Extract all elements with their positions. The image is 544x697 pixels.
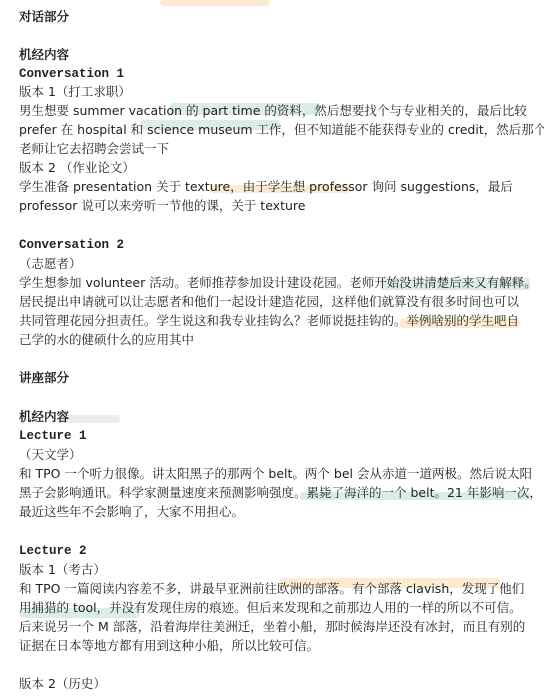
conversation-1-version-1-line: prefer 在 hospital 和 science museum 工作，但不… xyxy=(19,121,544,139)
lecture-1-title: Lecture 1 xyxy=(19,427,87,445)
watermark-top xyxy=(160,0,270,6)
conversation-2-title: Conversation 2 xyxy=(19,236,124,254)
lecture-1-topic: （天文学） xyxy=(19,446,82,464)
conversation-heading: 机经内容 xyxy=(19,46,69,64)
conversation-1-version-1-line: 老师让它去招聘会尝试一下 xyxy=(19,140,169,158)
conversation-1-version-1-line: 男生想要 summer vacation 的 part time 的资料，然后想… xyxy=(19,102,527,120)
lecture-2-version-1-line: 和 TPO 一篇阅读内容差不多，讲最早亚洲前往欧洲的部落。有个部落 clavis… xyxy=(19,580,524,598)
lecture-heading: 机经内容 xyxy=(19,408,69,426)
conversation-2-line: 己学的水的健硕什么的应用其中 xyxy=(19,331,194,349)
conversation-1-version-2-line: professor 说可以来旁听一节他的课，关于 texture xyxy=(19,197,305,215)
lecture-2-title: Lecture 2 xyxy=(19,542,87,560)
conversation-2-line: 共同管理花园分担责任。学生说这和我专业挂钩么？老师说挺挂钩的。举例啥别的学生吧自 xyxy=(19,312,519,330)
conversation-1-version-2-label: 版本 2 （作业论文） xyxy=(19,159,135,177)
lecture-2-version-2-label: 版本 2（历史） xyxy=(19,675,106,693)
conversation-1-version-2-line: 学生准备 presentation 关于 texture，由于学生想 profe… xyxy=(19,178,513,196)
conversation-1-version-1-label: 版本 1（打工求职） xyxy=(19,83,131,101)
conversation-1-title: Conversation 1 xyxy=(19,65,124,83)
section-title-lecture: 讲座部分 xyxy=(19,369,69,387)
lecture-2-version-1-line: 用捕猎的 tool，并没有发现住房的痕迹。但后来发现和之前那边人用的一样的所以不… xyxy=(19,599,522,617)
lecture-2-version-1-line: 后来说另一个 M 部落，沿着海岸往美洲迁，坐着小船，那时候海岸还没有冰封，而且有… xyxy=(19,618,525,636)
lecture-1-line: 黑子会影响通讯。科学家测量速度来预测影响强度。累毙了海洋的一个 belt。21 … xyxy=(19,484,542,502)
lecture-1-line: 最近这些年不会影响了，大家不用担心。 xyxy=(19,503,244,521)
conversation-2-topic: （志愿者） xyxy=(19,255,82,273)
lecture-2-version-1-line: 证据在日本等地方都有用到这种小船，所以比较可信。 xyxy=(19,637,319,655)
lecture-1-line: 和 TPO 一个听力很像。讲太阳黑子的那两个 belt。两个 bel 会从赤道一… xyxy=(19,465,532,483)
section-title-conversation: 对话部分 xyxy=(19,8,69,26)
conversation-2-line: 居民提出申请就可以让志愿者和他们一起设计建造花园，这样他们就算没有很多时间也可以 xyxy=(19,293,519,311)
conversation-2-line: 学生想参加 volunteer 活动。老师推荐参加设计建设花园。老师开始没讲清楚… xyxy=(19,274,537,292)
lecture-2-version-1-label: 版本 1（考古） xyxy=(19,561,106,579)
